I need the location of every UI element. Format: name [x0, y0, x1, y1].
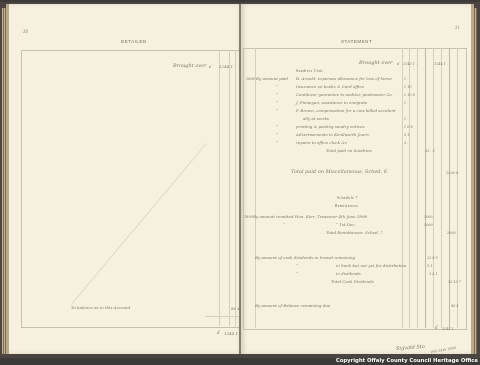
schedule-label: Schedule 7 — [337, 196, 358, 200]
brought-over-amount: 1240 1 . — [403, 62, 417, 66]
sundry-entry: printing & posting sundry notices — [296, 124, 365, 129]
sundry-amount: 1 . — [404, 77, 408, 81]
ditto-mark: “ — [276, 84, 278, 89]
right-page: 21 STATEMENT Brought over £ 1240 1 . 124… — [241, 4, 474, 354]
entry-date: 1899 — [244, 215, 253, 219]
balance-amount: 80 4 — [451, 304, 459, 308]
sundry-amount: 1 6 8 — [404, 125, 413, 129]
column-rule — [425, 48, 426, 328]
ditto-mark: “ — [296, 271, 298, 276]
dividend-amount: 3 4 1 — [429, 272, 438, 276]
right-page-number: 21 — [455, 26, 460, 31]
left-page-number: 20 — [23, 30, 28, 35]
sundry-entry: Advertisements in Kenilworth Journ. — [296, 132, 370, 137]
total-currency: £ — [217, 330, 220, 336]
column-rule — [235, 50, 236, 326]
currency-symbol: £ — [209, 64, 212, 69]
ditto-mark: “ — [283, 222, 285, 227]
left-page-heading: DETAILED — [121, 39, 147, 44]
remittance-entry: By amount remitted Hon. Kerr, Treasurer … — [253, 214, 367, 219]
entry-date: 1898 — [246, 77, 255, 81]
sundry-entry: Cantilever guarantee to auditor, postmas… — [296, 92, 392, 97]
brought-over-amount: 1244 1 . — [219, 64, 236, 69]
dividends-total-label: Total Cash Dividends — [331, 279, 374, 284]
signature-date: Feb 24th 1900 — [431, 346, 456, 354]
grand-total-currency: £ — [435, 325, 438, 331]
dividend-entry: in bank but not yet for distribution — [336, 263, 407, 268]
sundry-amount: 3 1 — [404, 133, 409, 137]
column-rule — [449, 48, 450, 328]
sundry-amount: 1 10 — [404, 85, 412, 89]
signature: Sigvald Sto — [396, 344, 425, 352]
column-rule — [229, 50, 230, 326]
column-rule — [219, 50, 220, 326]
sundries-subtotal-label: Total paid on Sundries — [326, 148, 372, 153]
misc-total-amount: 1206 8 . — [446, 171, 460, 175]
total-rule — [205, 316, 241, 317]
column-rule — [409, 48, 410, 328]
currency-symbol: £ — [397, 61, 400, 66]
sundry-entry: repairs to office clock &c — [296, 140, 347, 145]
brought-over-label: Brought over — [173, 63, 207, 69]
remittance-amount: 1000 — [424, 223, 433, 227]
column-rule — [441, 48, 442, 328]
section-heading-sundries: Sundries Cont. — [296, 69, 324, 73]
sundry-entry: P. Brown, compensation for a cow killed … — [296, 108, 396, 113]
right-page-heading: STATEMENT — [341, 39, 372, 44]
sundries-subtotal-amount: 33 . 3 — [425, 149, 435, 153]
left-ledger-frame — [21, 50, 243, 328]
entry-intro: By amount paid — [256, 76, 288, 81]
ditto-mark: “ — [276, 108, 278, 113]
sundry-amount: 1 . — [404, 117, 408, 121]
section-heading-remittances: Remittances — [335, 204, 358, 208]
remittance-amount: 1000 — [424, 215, 433, 219]
remittances-total-amount: 2000 — [447, 231, 456, 235]
balance-label: By amount of Balance remaining due — [255, 303, 330, 308]
dividend-entry: By amount of cash dividends in transit r… — [255, 255, 355, 260]
sundry-entry: Insurance on books & Card office — [296, 84, 364, 89]
sundry-amount: 2 10 6 — [404, 93, 415, 97]
sundry-entry: R. Arnold, expenses allowance for loss o… — [296, 76, 392, 81]
remittance-entry: “ 1st Dec. — [336, 222, 356, 227]
brought-over-extra: 1244 1 . — [434, 62, 448, 66]
ditto-mark: “ — [276, 132, 278, 137]
dividend-entry: in dividends — [336, 271, 361, 276]
sundry-entry: J. Finnegan, assistance to emigrate — [296, 100, 367, 105]
ditto-mark: “ — [276, 140, 278, 145]
left-page: 20 DETAILED Brought over £ 1244 1 . To b… — [6, 4, 243, 354]
date-column-rule — [255, 48, 256, 328]
brought-over-label: Brought over — [359, 60, 393, 66]
copyright-notice: Copyright Offaly County Council Heritage… — [336, 358, 478, 364]
column-rule — [402, 48, 403, 328]
ditto-mark: “ — [276, 92, 278, 97]
remittances-total-label: Total Remittances. Sched. 7 — [326, 230, 383, 235]
dividends-total-amount: 30 13 7 — [448, 280, 461, 284]
ledger-book: 20 DETAILED Brought over £ 1244 1 . To b… — [0, 2, 480, 358]
sundry-entry-continued: ally at works — [303, 116, 329, 121]
balance-label: To balance as in this Account — [71, 305, 130, 310]
misc-total-label: Total paid on Miscellaneous. Sched. 6 — [291, 169, 387, 175]
dividend-amount: 22 8 5 — [427, 256, 438, 260]
grand-total-amount: 3244 1 . — [442, 327, 456, 331]
ditto-mark: “ — [296, 263, 298, 268]
sundry-amount: 3 . — [404, 141, 408, 145]
sundry-amount: 1 . — [404, 101, 408, 105]
column-rule — [417, 48, 418, 328]
column-rule — [433, 48, 434, 328]
ditto-mark: “ — [276, 100, 278, 105]
ditto-mark: “ — [276, 124, 278, 129]
column-rule — [457, 48, 458, 328]
dividend-amount: 5 1 — [427, 264, 432, 268]
